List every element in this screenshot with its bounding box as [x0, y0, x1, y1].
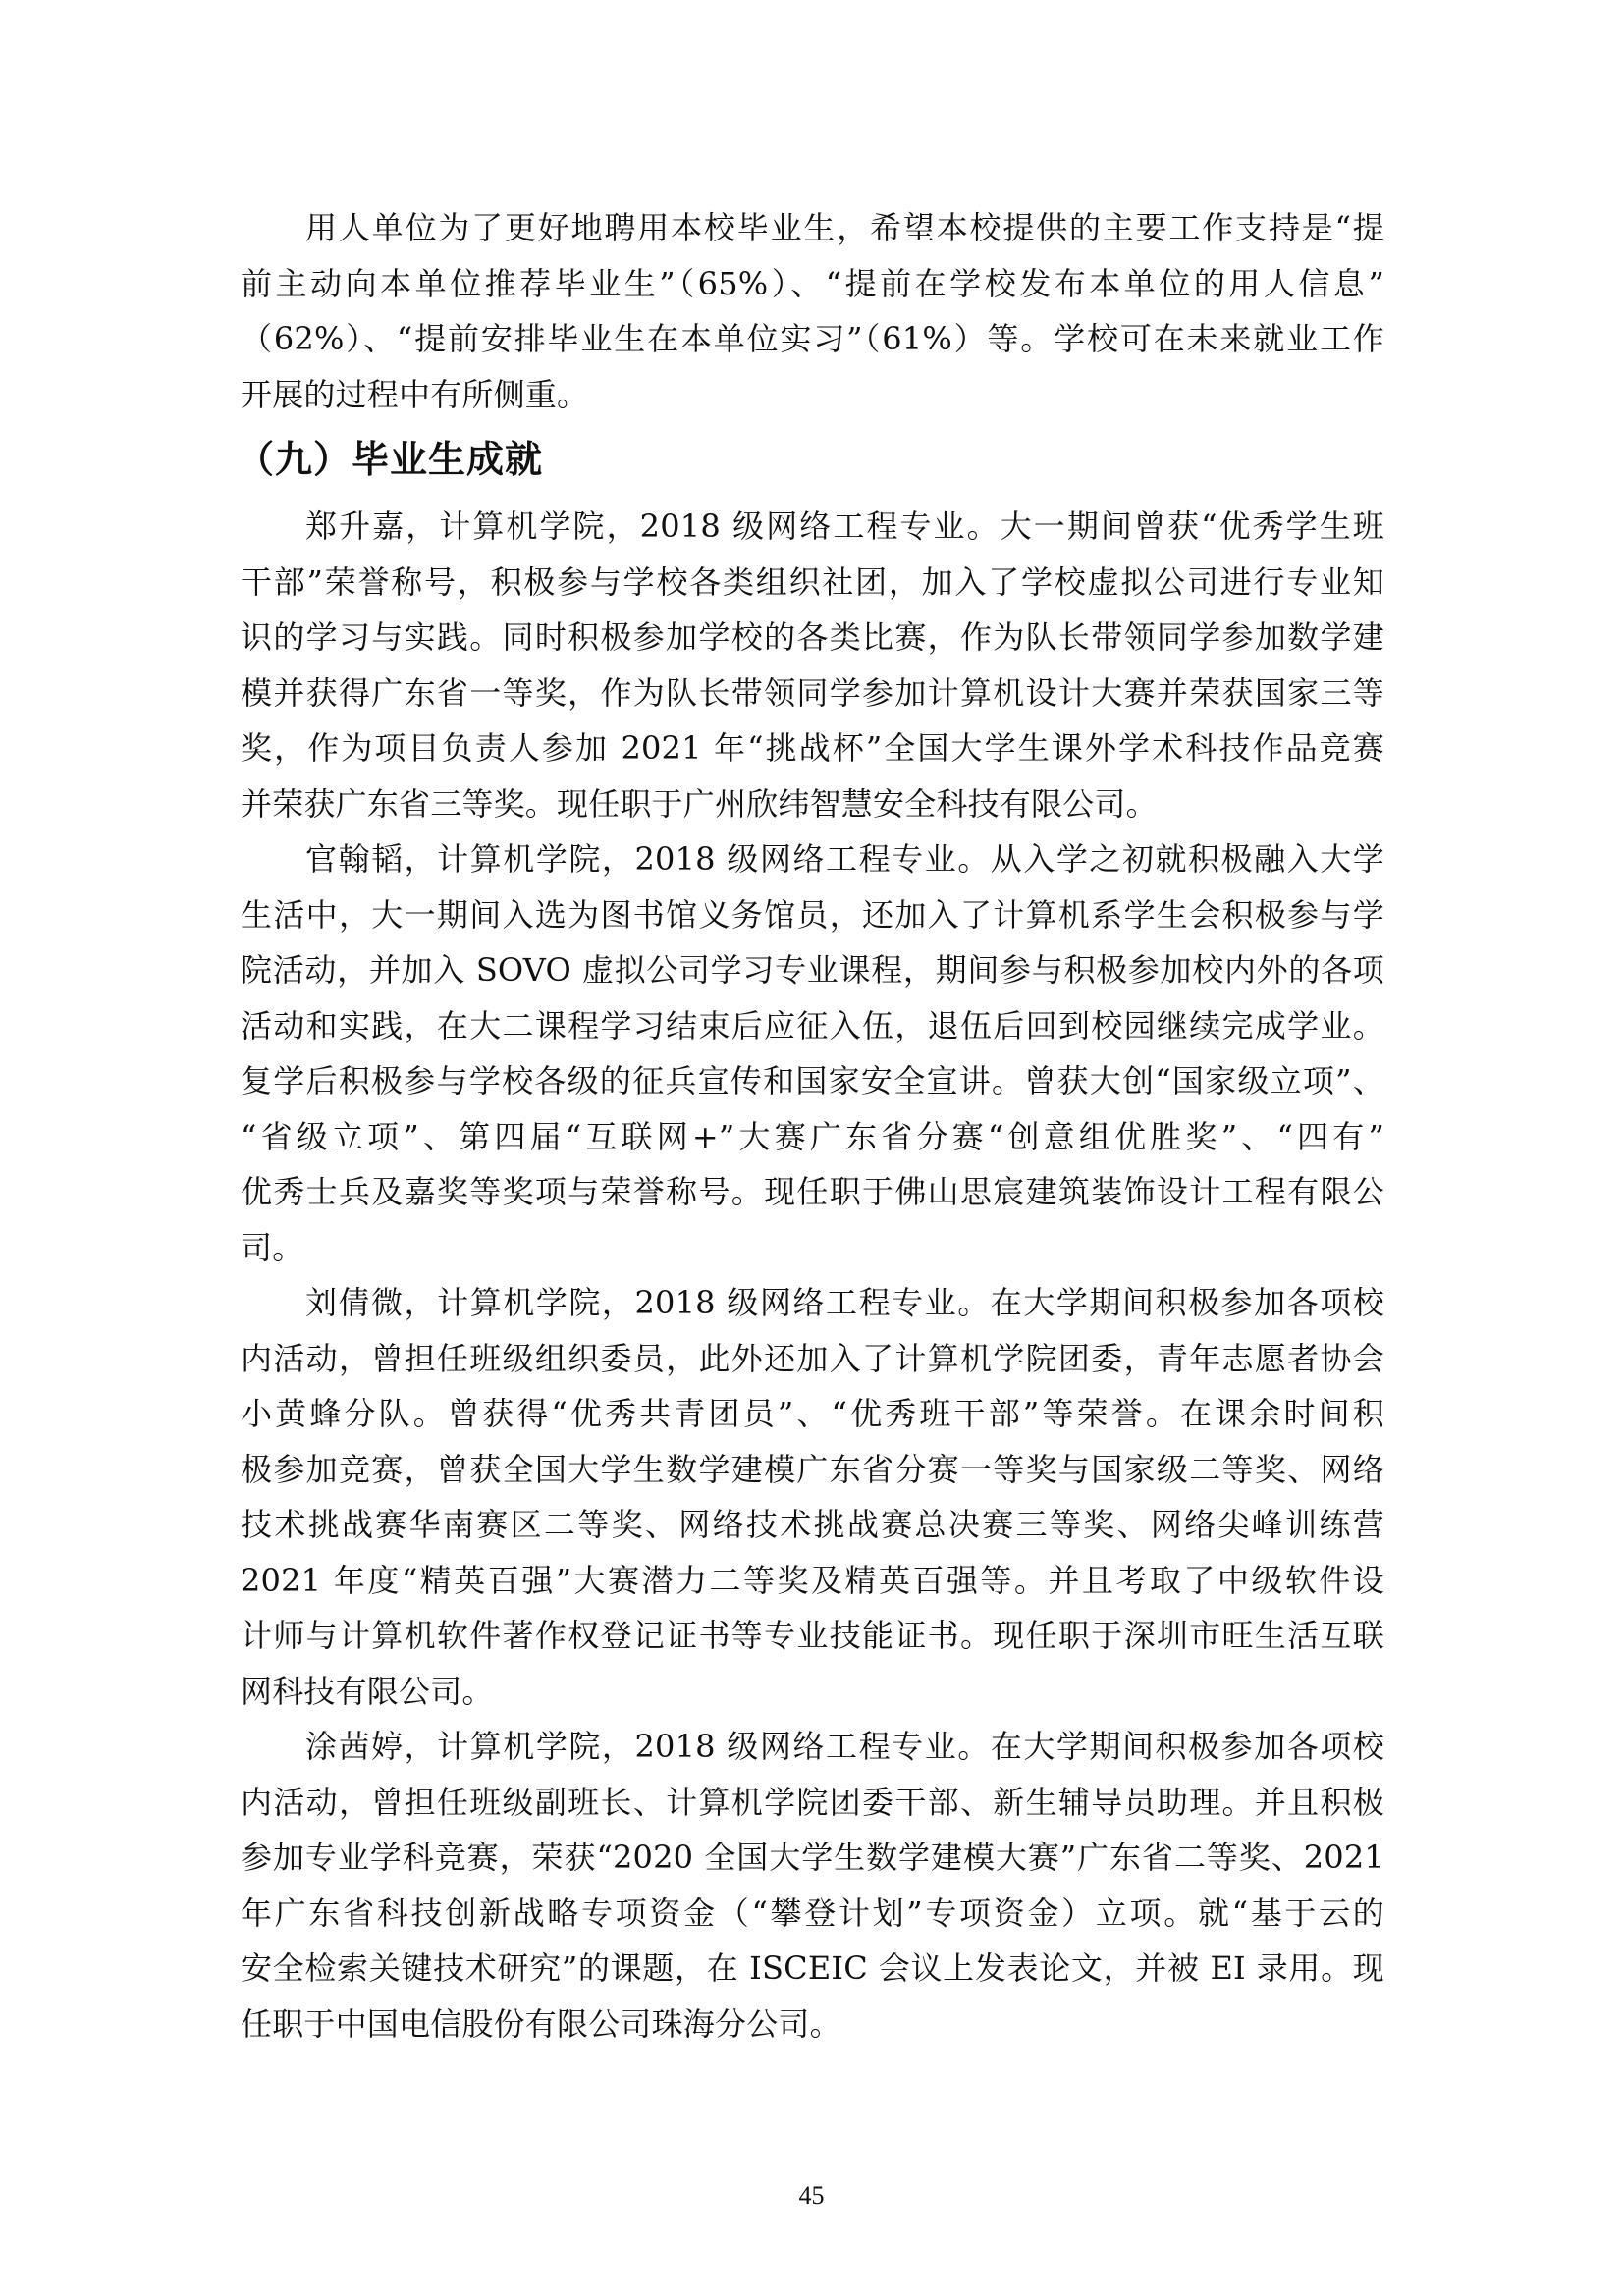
text-line: 复学后积极参与学校各级的征兵宣传和国家安全宣讲。曾获大创“国家级立项”、 [241, 1053, 1384, 1109]
text-line: 前主动向本单位推荐毕业生”（65%）、“提前在学校发布本单位的用人信息” [241, 256, 1384, 312]
text-line: 年广东省科技创新战略专项资金（“攀登计划”专项资金）立项。就“基于云的 [241, 1886, 1384, 1942]
text-line: 参加专业学科竞赛，荣获“2020 全国大学生数学建模大赛”广东省二等奖、2021 [241, 1830, 1384, 1886]
text-line: 刘倩微，计算机学院，2018 级网络工程专业。在大学期间积极参加各项校 [241, 1275, 1384, 1331]
text-line: 干部”荣誉称号，积极参与学校各类组织社团，加入了学校虚拟公司进行专业知 [241, 555, 1384, 611]
text-line: 内活动，曾担任班级组织委员，此外还加入了计算机学院团委，青年志愿者协会 [241, 1331, 1384, 1387]
text-line: 奖，作为项目负责人参加 2021 年“挑战杯”全国大学生课外学术科技作品竞赛 [241, 721, 1384, 776]
text-line: 优秀士兵及嘉奖等奖项与荣誉称号。现任职于佛山思宸建筑装饰设计工程有限公 [241, 1164, 1384, 1220]
graduate-paragraph-2: 官翰韬，计算机学院，2018 级网络工程专业。从入学之初就积极融入大学 生活中，… [241, 831, 1384, 1275]
text-line: 院活动，并加入 SOVO 虚拟公司学习专业课程，期间参与积极参加校内外的各项 [241, 942, 1384, 998]
text-line: 用人单位为了更好地聘用本校毕业生，希望本校提供的主要工作支持是“提 [241, 200, 1384, 256]
graduate-paragraph-1: 郑升嘉，计算机学院，2018 级网络工程专业。大一期间曾获“优秀学生班 干部”荣… [241, 499, 1384, 831]
text-line: “省级立项”、第四届“互联网+”大赛广东省分赛“创意组优胜奖”、“四有” [241, 1109, 1384, 1165]
text-line: 开展的过程中有所侧重。 [241, 367, 1384, 423]
graduate-paragraph-4: 涂茜婷，计算机学院，2018 级网络工程专业。在大学期间积极参加各项校 内活动，… [241, 1719, 1384, 2052]
text-line: 任职于中国电信股份有限公司珠海分公司。 [241, 1997, 1384, 2053]
text-line: 模并获得广东省一等奖，作为队长带领同学参加计算机设计大赛并荣获国家三等 [241, 666, 1384, 721]
graduate-paragraph-3: 刘倩微，计算机学院，2018 级网络工程专业。在大学期间积极参加各项校 内活动，… [241, 1275, 1384, 1719]
text-line: （62%）、“提前安排毕业生在本单位实习”（61%）等。学校可在未来就业工作 [241, 311, 1384, 367]
intro-paragraph: 用人单位为了更好地聘用本校毕业生，希望本校提供的主要工作支持是“提 前主动向本单… [241, 200, 1384, 422]
text-line: 生活中，大一期间入选为图书馆义务馆员，还加入了计算机系学生会积极参与学 [241, 887, 1384, 943]
text-line: 技术挑战赛华南赛区二等奖、网络技术挑战赛总决赛三等奖、网络尖峰训练营 [241, 1497, 1384, 1553]
text-line: 网科技有限公司。 [241, 1664, 1384, 1720]
text-line: 小黄蜂分队。曾获得“优秀共青团员”、“优秀班干部”等荣誉。在课余时间积 [241, 1386, 1384, 1442]
text-line: 官翰韬，计算机学院，2018 级网络工程专业。从入学之初就积极融入大学 [241, 831, 1384, 887]
text-line: 识的学习与实践。同时积极参加学校的各类比赛，作为队长带领同学参加数学建 [241, 610, 1384, 666]
document-page: 用人单位为了更好地聘用本校毕业生，希望本校提供的主要工作支持是“提 前主动向本单… [241, 200, 1384, 2052]
text-line: 活动和实践，在大二课程学习结束后应征入伍，退伍后回到校园继续完成学业。 [241, 998, 1384, 1054]
page-number: 45 [0, 2181, 1623, 2211]
text-line: 极参加竞赛，曾获全国大学生数学建模广东省分赛一等奖与国家级二等奖、网络 [241, 1442, 1384, 1498]
text-line: 内活动，曾担任班级副班长、计算机学院团委干部、新生辅导员助理。并且积极 [241, 1775, 1384, 1831]
text-line: 2021 年度“精英百强”大赛潜力二等奖及精英百强等。并且考取了中级软件设 [241, 1553, 1384, 1609]
text-line: 郑升嘉，计算机学院，2018 级网络工程专业。大一期间曾获“优秀学生班 [241, 499, 1384, 555]
text-line: 计师与计算机软件著作权登记证书等专业技能证书。现任职于深圳市旺生活互联 [241, 1608, 1384, 1664]
section-heading: （九）毕业生成就 [237, 430, 1384, 489]
text-line: 涂茜婷，计算机学院，2018 级网络工程专业。在大学期间积极参加各项校 [241, 1719, 1384, 1775]
text-line: 并荣获广东省三等奖。现任职于广州欣纬智慧安全科技有限公司。 [241, 776, 1384, 832]
text-line: 安全检索关键技术研究”的课题，在 ISCEIC 会议上发表论文，并被 EI 录用… [241, 1941, 1384, 1997]
text-line: 司。 [241, 1220, 1384, 1276]
